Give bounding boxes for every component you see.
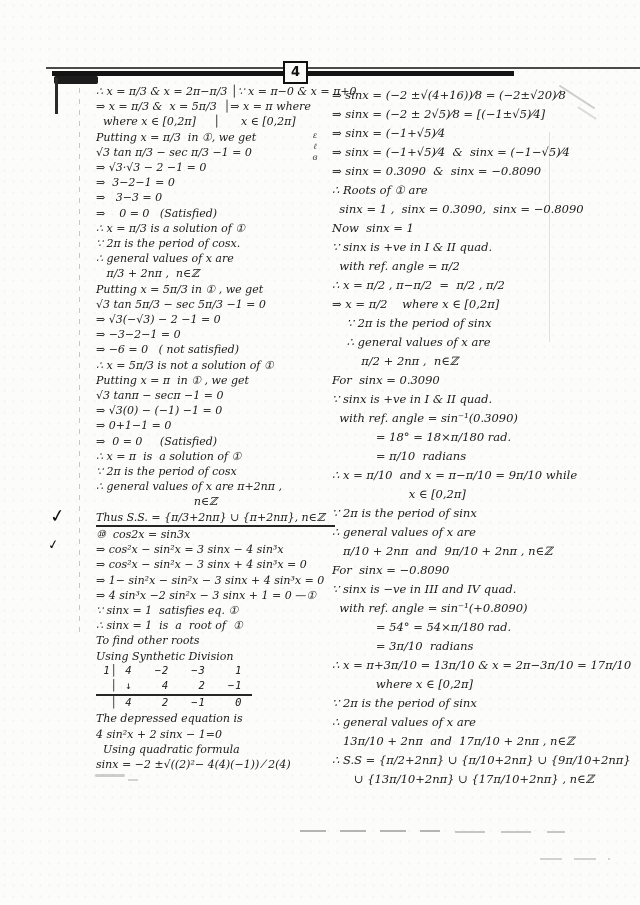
handwritten-line: ⇒ 0+1−1 = 0 [96, 418, 334, 433]
handwritten-line: ⑩ cos2x = sin3x [96, 527, 334, 542]
scanned-notes-page: 4 ✓ ✓ εℓɞ ∴ x = π/3 & x = 2π−π/3 │∵ x = … [0, 0, 640, 905]
handwritten-line: ⇒ −3−2−1 = 0 [96, 327, 334, 342]
handwritten-line: │ ↓ 4 2 −1 [96, 679, 252, 696]
scan-top-edge-line [46, 67, 640, 69]
handwritten-line: ∵ 2π is the period of cosx [96, 464, 334, 479]
handwritten-line: Using Synthetic Division [96, 649, 334, 664]
handwritten-line: with ref. angle = π/2 [332, 257, 632, 276]
handwritten-line: sinx = −2 ±√((2)²− 4(4)(−1)) ⁄ 2(4) [96, 757, 334, 772]
handwritten-line: ∴ general values of x are π+2nπ , [96, 479, 334, 494]
handwritten-line: with ref. angle = sin⁻¹(0.3090) [332, 409, 632, 428]
handwritten-line: ∴ sinx = 1 is a root of ① [96, 618, 334, 633]
handwritten-line: ∵ sinx is +ve in I & II quad. [332, 390, 632, 409]
left-column-handwriting: ∴ x = π/3 & x = 2π−π/3 │∵ x = π−0 & x = … [96, 84, 334, 772]
handwritten-line: For sinx = −0.8090 [332, 561, 632, 580]
handwritten-line: ∴ x = π is a solution of ① [96, 449, 334, 464]
handwritten-line: √3 tanπ − secπ −1 = 0 [96, 388, 334, 403]
scan-bottom-dashes [455, 831, 565, 833]
handwritten-line: ∵ 2π is the period of sinx [332, 314, 632, 333]
handwritten-line: ∴ x = 5π/3 is not a solution of ① [96, 358, 334, 373]
handwritten-line: │ 4 2 −1 0 [96, 696, 334, 711]
handwritten-line: ∴ x = π/10 and x = π−π/10 = 9π/10 while [332, 466, 632, 485]
handwritten-line: ⇒ 0 = 0 (Satisfied) [96, 434, 334, 449]
handwritten-line: ∴ x = π/3 & x = 2π−π/3 │∵ x = π−0 & x = … [96, 84, 334, 99]
handwritten-line: n∈ℤ [96, 494, 334, 509]
handwritten-line: ⇒ sinx = 0.3090 & sinx = −0.8090 [332, 162, 632, 181]
handwritten-line: ⇒ √3·√3 − 2 −1 = 0 [96, 160, 334, 175]
handwritten-line: = 3π/10 radians [332, 637, 632, 656]
handwritten-line: where x ∈ [0,2π] [332, 675, 632, 694]
handwritten-line: To find other roots [96, 633, 334, 648]
handwritten-line: ⇒ 3−2−1 = 0 [96, 175, 334, 190]
scan-bottom-dashes [300, 830, 440, 832]
handwritten-line: ⇒ cos²x − sin²x = 3 sinx − 4 sin³x [96, 542, 334, 557]
handwritten-line: ⇒ x = π/2 where x ∈ [0,2π] [332, 295, 632, 314]
handwritten-line: Putting x = π in ① , we get [96, 373, 334, 388]
handwritten-line: 4 sin²x + 2 sinx − 1=0 [96, 727, 334, 742]
handwritten-line: ∴ Roots of ① are [332, 181, 632, 200]
scan-bottom-dashes [540, 858, 610, 860]
handwritten-line: ∴ x = π/2 , π−π/2 = π/2 , π/2 [332, 276, 632, 295]
handwritten-line: ⇒ 1− sin²x − sin²x − 3 sinx + 4 sin³x = … [96, 573, 334, 588]
checkmark-icon: ✓ [47, 537, 60, 554]
handwritten-line: ∵ 2π is the period of sinx [332, 504, 632, 523]
handwritten-line: ∴ S.S = {π/2+2nπ} ∪ {π/10+2nπ} ∪ {9π/10+… [332, 751, 632, 770]
handwritten-line: Now sinx = 1 [332, 219, 632, 238]
handwritten-line: ∴ general values of x are [332, 333, 632, 352]
handwritten-line: π/3 + 2nπ , n∈ℤ [96, 266, 334, 281]
handwritten-line: = π/10 radians [332, 447, 632, 466]
handwritten-line: ∴ x = π+3π/10 = 13π/10 & x = 2π−3π/10 = … [332, 656, 632, 675]
handwritten-line: ∴ general values of x are [332, 713, 632, 732]
right-column-handwriting: ⇒ sinx = (−2 ±√(4+16))⁄8 = (−2±√20)⁄8⇒ s… [332, 86, 632, 789]
handwritten-line: ⇒ 0 = 0 (Satisfied) [96, 206, 334, 221]
handwritten-line: ∵ sinx is +ve in I & II quad. [332, 238, 632, 257]
handwritten-line: ∴ general values of x are [332, 523, 632, 542]
handwritten-line: ∵ sinx = 1 satisfies eq. ① [96, 603, 334, 618]
handwritten-line: π/10 + 2nπ and 9π/10 + 2nπ , n∈ℤ [332, 542, 632, 561]
ink-smudge [95, 774, 125, 777]
scan-left-edge-line [55, 78, 58, 114]
handwritten-line: 1│ 4 −2 −3 1 [96, 664, 334, 679]
handwritten-line: ⇒ sinx = (−2 ± 2√5)⁄8 = [(−1±√5)⁄4] [332, 105, 632, 124]
handwritten-line: For sinx = 0.3090 [332, 371, 632, 390]
page-number: 4 [291, 65, 300, 80]
handwritten-line: ∵ sinx is −ve in III and IV quad. [332, 580, 632, 599]
scan-corner-shadow [54, 76, 98, 84]
handwritten-line: ∵ 2π is the period of cosx. [96, 236, 334, 251]
handwritten-line: ⇒ sinx = (−1+√5)⁄4 & sinx = (−1−√5)⁄4 [332, 143, 632, 162]
handwritten-line: √3 tan 5π/3 − sec 5π/3 −1 = 0 [96, 297, 334, 312]
handwritten-line: π/2 + 2nπ , n∈ℤ [332, 352, 632, 371]
handwritten-line: Using quadratic formula [96, 742, 334, 757]
handwritten-line: 13π/10 + 2nπ and 17π/10 + 2nπ , n∈ℤ [332, 732, 632, 751]
notebook-margin-line [79, 88, 80, 633]
handwritten-line: ⇒ √3(−√3) − 2 −1 = 0 [96, 312, 334, 327]
handwritten-line: ⇒ x = π/3 & x = 5π/3 │⇒ x = π where [96, 99, 334, 114]
handwritten-line: ⇒ −6 = 0 ( not satisfied) [96, 342, 334, 357]
handwritten-line: x ∈ [0,2π] [332, 485, 632, 504]
handwritten-line: ⇒ sinx = (−2 ±√(4+16))⁄8 = (−2±√20)⁄8 [332, 86, 632, 105]
handwritten-line: sinx = 1 , sinx = 0.3090, sinx = −0.8090 [332, 200, 632, 219]
handwritten-line: ⇒ 4 sin³x −2 sin²x − 3 sinx + 1 = 0 —① [96, 588, 334, 603]
handwritten-line: ⇒ √3(0) − (−1) −1 = 0 [96, 403, 334, 418]
handwritten-line: ∵ 2π is the period of sinx [332, 694, 632, 713]
handwritten-line: = 18° = 18×π/180 rad. [332, 428, 632, 447]
handwritten-line: ⇒ sinx = (−1+√5)⁄4 [332, 124, 632, 143]
handwritten-line: Putting x = 5π/3 in ① , we get [96, 282, 334, 297]
handwritten-line: Thus S.S. = {π/3+2nπ} ∪ {π+2nπ}, n∈ℤ [96, 510, 335, 527]
handwritten-line: √3 tan π/3 − sec π/3 −1 = 0 [96, 145, 334, 160]
handwritten-line: = 54° = 54×π/180 rad. [332, 618, 632, 637]
page-number-box: 4 [283, 61, 308, 84]
handwritten-line: ∪ {13π/10+2nπ} ∪ {17π/10+2nπ} , n∈ℤ [332, 770, 632, 789]
checkmark-icon: ✓ [49, 505, 67, 528]
handwritten-line: ∴ x = π/3 is a solution of ① [96, 221, 334, 236]
handwritten-line: with ref. angle = sin⁻¹(+0.8090) [332, 599, 632, 618]
ink-smudge [128, 779, 138, 781]
handwritten-line: ⇒ cos²x − sin²x − 3 sinx + 4 sin³x = 0 [96, 557, 334, 572]
handwritten-line: Putting x = π/3 in ①, we get [96, 130, 334, 145]
handwritten-line: The depressed equation is [96, 711, 334, 726]
handwritten-line: ∴ general values of x are [96, 251, 334, 266]
handwritten-line: where x ∈ [0,2π] │ x ∈ [0,2π] [96, 114, 334, 129]
handwritten-line: ⇒ 3−3 = 0 [96, 190, 334, 205]
